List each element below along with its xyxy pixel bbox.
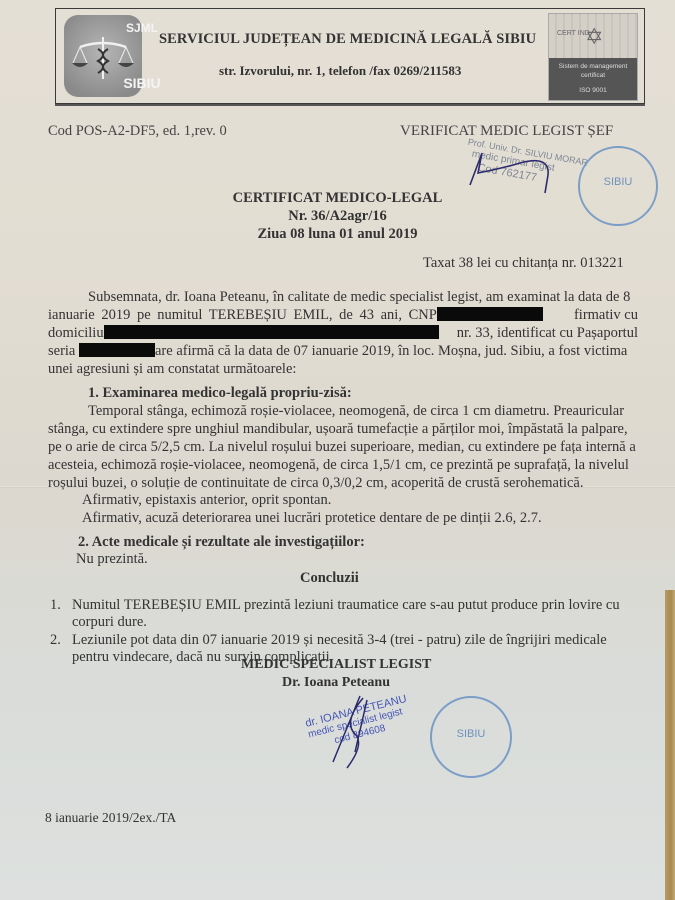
intro-line-4: seria are afirmă că la data de 07 ianuar… [48, 343, 627, 360]
section-1-line-1: Temporal stânga, echimoză roșie-violacee… [88, 403, 624, 420]
section-1-line-4: acesteia, echimoză roșie-violacee, neomo… [48, 457, 629, 474]
document-title: CERTIFICAT MEDICO-LEGAL [0, 190, 675, 207]
conclusions-heading: Concluzii [300, 570, 359, 587]
doctor-signature [325, 692, 385, 772]
cert-text: Sistem de management certificat [549, 62, 637, 80]
certification-badge: CERT IND ✡ Sistem de management certific… [548, 13, 638, 101]
cert-standard: ISO 9001 [549, 86, 637, 95]
table-background [665, 590, 675, 900]
section-2-heading: 2. Acte medicale și rezultate ale invest… [78, 534, 365, 551]
chief-signature [460, 145, 570, 195]
cert-star-icon: ✡ [585, 24, 603, 50]
conclusion-1-line-1: Numitul TEREBEȘIU EMIL prezintă leziuni … [72, 597, 620, 614]
logo-bottom-text: SIBIU [103, 75, 181, 91]
intro-statement: are afirmă că la data de 07 ianuarie 201… [155, 343, 627, 359]
intro-line-3: domiciliunr. 33, identificat cu Pașaport… [48, 325, 638, 342]
redacted-passport [79, 343, 155, 357]
stamp-center-text: SIBIU [432, 728, 510, 740]
footer-reference: 8 ianuarie 2019/2ex./TA [45, 810, 176, 826]
section-1-note-2: Afirmativ, acuză deteriorarea unei lucră… [82, 510, 542, 527]
section-1-heading: 1. Examinarea medico-legală propriu-zisă… [88, 385, 352, 402]
verified-by-label: VERIFICAT MEDIC LEGIST ȘEF [400, 123, 613, 140]
intro-series: seria [48, 343, 75, 359]
institution-name: SERVICIUL JUDEȚEAN DE MEDICINĂ LEGALĂ SI… [159, 31, 536, 48]
round-stamp-doctor: SIBIU [430, 696, 512, 778]
redacted-cnp [437, 307, 543, 321]
conclusion-2-num: 2. [50, 632, 61, 649]
institution-address: str. Izvorului, nr. 1, telefon /fax 0269… [219, 63, 461, 79]
section-1-line-3: pe o arie de circa 5/2,5 cm. La nivelul … [48, 439, 636, 456]
conclusion-1-num: 1. [50, 597, 61, 614]
intro-id: nr. 33, identificat cu Pașaportul [457, 325, 638, 342]
intro-domicile: domiciliu [48, 325, 104, 341]
sjml-logo: SJML SIBIU [64, 15, 142, 97]
conclusion-1-line-2: corpuri dure. [72, 614, 147, 631]
intro-affirm: firmativ cu [574, 307, 638, 324]
signature-role: MEDIC SPECIALIST LEGIST [241, 657, 431, 673]
cert-caption: Sistem de management certificat ISO 9001 [549, 58, 637, 100]
section-1-line-5: roșului buzei, o soluție de continuitate… [48, 475, 584, 492]
fee-line: Taxat 38 lei cu chitanța nr. 013221 [423, 255, 624, 272]
intro-line-1: Subsemnata, dr. Ioana Peteanu, în calita… [88, 289, 630, 306]
letterhead: SJML SIBIU SERVICIUL JUDEȚEAN DE MEDICIN… [55, 8, 645, 104]
document-number: Nr. 36/A2agr/16 [0, 208, 675, 225]
section-2-text: Nu prezintă. [76, 551, 148, 568]
form-code: Cod POS-A2-DF5, ed. 1,rev. 0 [48, 123, 227, 140]
intro-line-5: unei agresiuni și am constatat următoare… [48, 361, 296, 378]
intro-patient: ianuarie 2019 pe numitul TEREBEȘIU EMIL,… [48, 307, 437, 323]
stamp-center-text: SIBIU [580, 176, 656, 188]
intro-line-2: ianuarie 2019 pe numitul TEREBEȘIU EMIL,… [48, 307, 638, 324]
section-1-line-2: stânga, cu extindere spre unghiul mandib… [48, 421, 628, 438]
signature-name: Dr. Ioana Peteanu [282, 675, 390, 691]
document-date: Ziua 08 luna 01 anul 2019 [0, 226, 675, 243]
redacted-address [104, 325, 439, 339]
section-1-note-1: Afirmativ, epistaxis anterior, oprit spo… [82, 492, 331, 509]
conclusion-2-line-1: Leziunile pot data din 07 ianuarie 2019 … [72, 632, 607, 649]
